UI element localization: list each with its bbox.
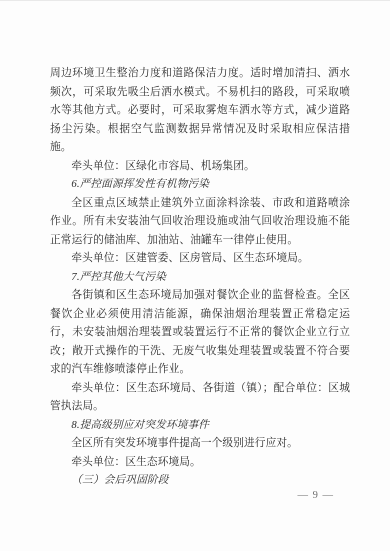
numbered-heading-7-other-air-pollution: 7.严控其他大气污染 xyxy=(50,268,350,287)
paragraph-voc-measures: 全区重点区域禁止建筑外立面涂料涂装、市政和道路喷涂作业。所有未安装油气回收治理设… xyxy=(50,194,350,250)
section-heading-post-meeting-phase: （三）会后巩固阶段 xyxy=(50,471,350,490)
lead-unit-line-construction-bureau: 牵头单位：区建管委、区房管局、区生态环境局。 xyxy=(50,249,350,268)
paragraph-emergency-level: 全区所有突发环境事件提高一个级别进行应对。 xyxy=(50,434,350,453)
lead-unit-line-greening-bureau: 牵头单位：区绿化市容局、机场集团。 xyxy=(50,157,350,176)
numbered-heading-6-voc-pollution: 6.严控面源挥发性有机物污染 xyxy=(50,175,350,194)
document-page: 周边环境卫生整治力度和道路保洁力度。适时增加清扫、洒水频次，可采取先吸尘后洒水模… xyxy=(0,0,390,551)
paragraph-continuation-road-cleaning: 周边环境卫生整治力度和道路保洁力度。适时增加清扫、洒水频次，可采取先吸尘后洒水模… xyxy=(50,64,350,157)
lead-unit-line-ecology-bureau-streets: 牵头单位：区生态环境局、各街道（镇）；配合单位：区城管执法局。 xyxy=(50,379,350,416)
lead-unit-line-ecology-bureau: 牵头单位：区生态环境局。 xyxy=(50,453,350,472)
document-text-block: 周边环境卫生整治力度和道路保洁力度。适时增加清扫、洒水频次，可采取先吸尘后洒水模… xyxy=(50,64,350,490)
page-number: — 9 — xyxy=(298,490,335,501)
numbered-heading-8-emergency-response: 8.提高级别应对突发环境事件 xyxy=(50,416,350,435)
paragraph-catering-supervision: 各街镇和区生态环境局加强对餐饮企业的监督检查。全区餐饮企业必须使用清洁能源，确保… xyxy=(50,286,350,379)
